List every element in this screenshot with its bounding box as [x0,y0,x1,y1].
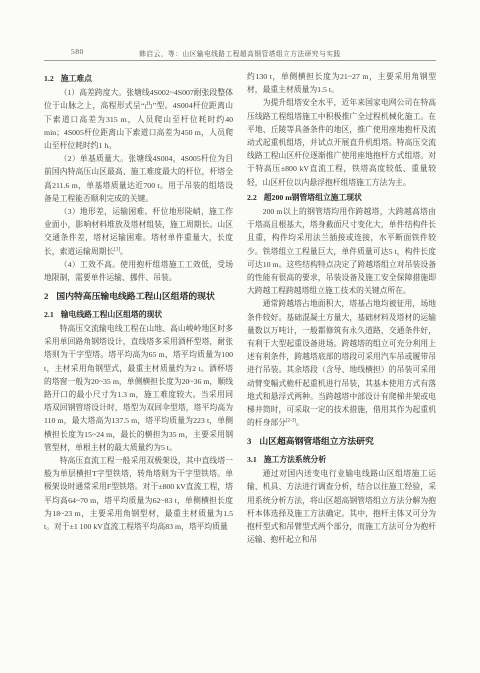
paragraph: （3）地形差，运输困难。杆位地形陡峭，施工作业面小，影响材料堆放及塔材组装，施工… [44,205,233,258]
column-left: 1.2施工难点（1）高差跨度大。张塘线4S002~4S007耐张段整体位于山脉之… [44,70,233,547]
paragraph: （1）高差跨度大。张塘线4S002~4S007耐张段整体位于山脉之上，高程形式呈… [44,86,233,152]
subsection-heading: 2.2超200 m钢管塔组立施工现状 [247,191,436,204]
subsection-heading: 1.2施工难点 [44,72,233,85]
running-title: 韩启云，等：山区输电线路工程超高钢管塔组立方法研究与实践 [44,48,436,58]
citation-ref: [2-3] [286,419,296,424]
heading-number: 2 [44,290,48,304]
section-heading: 3山区超高钢管塔组立方法研究 [247,435,436,449]
heading-text: 山区超高钢管塔组立方法研究 [259,435,373,449]
paragraph: 特高压交流输电线工程在山地、高山峻岭地区时多采用单回路角钢塔设计，直线塔多采用酒… [44,322,233,454]
paragraph: 为提升组塔安全水平，近年来国家电网公司在特高压线路工程组塔施工中积极推广全过程机… [247,96,436,188]
heading-text: 超200 m钢管塔组立施工现状 [264,191,362,204]
heading-text: 施工难点 [61,72,92,85]
paragraph: 200 m以上的钢管塔均用作跨越塔，大跨越高塔由于塔高且根基大，塔身截面尺寸变化… [247,205,436,297]
heading-number: 2.1 [44,308,54,321]
section-heading: 2国内特高压输电线路工程山区组塔的现状 [44,290,233,304]
content-area: 1.2施工难点（1）高差跨度大。张塘线4S002~4S007耐张段整体位于山脉之… [44,70,436,547]
heading-text: 国内特高压输电线路工程山区组塔的现状 [56,290,214,304]
heading-number: 3 [247,435,251,449]
paragraph: 特高压直流工程一般采用双极架设，其中直线塔一般为单层横担T字型铁塔，转角塔则为干… [44,454,233,533]
heading-text: 施工方法系统分析 [264,453,326,466]
paragraph: 约130 t，单侧横担长度为21~27 m，主要采用角钢型材，最重主材质量为1.… [247,70,436,96]
paragraph: 通过对国内送变电行业输电线路山区组塔施工运输、机具、方法进行调查分析，结合以往施… [247,467,436,546]
paragraph: （4）工效不高。使用抱杆组塔施工工效低，受场地限制，需要单件运输、挪件、吊装。 [44,258,233,284]
heading-number: 3.1 [247,453,257,466]
heading-number: 2.2 [247,191,257,204]
paragraph: 通常跨越塔占地面积大，塔基占地均被征用，场地条件较好。基础混凝土方量大，基础材料… [247,297,436,429]
heading-number: 1.2 [44,72,54,85]
paragraph: （2）单基质量大。张塘线4S004，4S005杆位为目前国内特高压山区最高、施工… [44,152,233,205]
subsection-heading: 3.1施工方法系统分析 [247,453,436,466]
page-header: 580 韩启云，等：山区输电线路工程超高钢管塔组立方法研究与实践 [44,46,436,61]
column-right: 约130 t，单侧横担长度为21~27 m，主要采用角钢型材，最重主材质量为1.… [247,70,436,547]
subsection-heading: 2.1输电线路工程山区组塔的现状 [44,308,233,321]
heading-text: 输电线路工程山区组塔的现状 [61,308,162,321]
citation-ref: [1] [114,247,120,252]
